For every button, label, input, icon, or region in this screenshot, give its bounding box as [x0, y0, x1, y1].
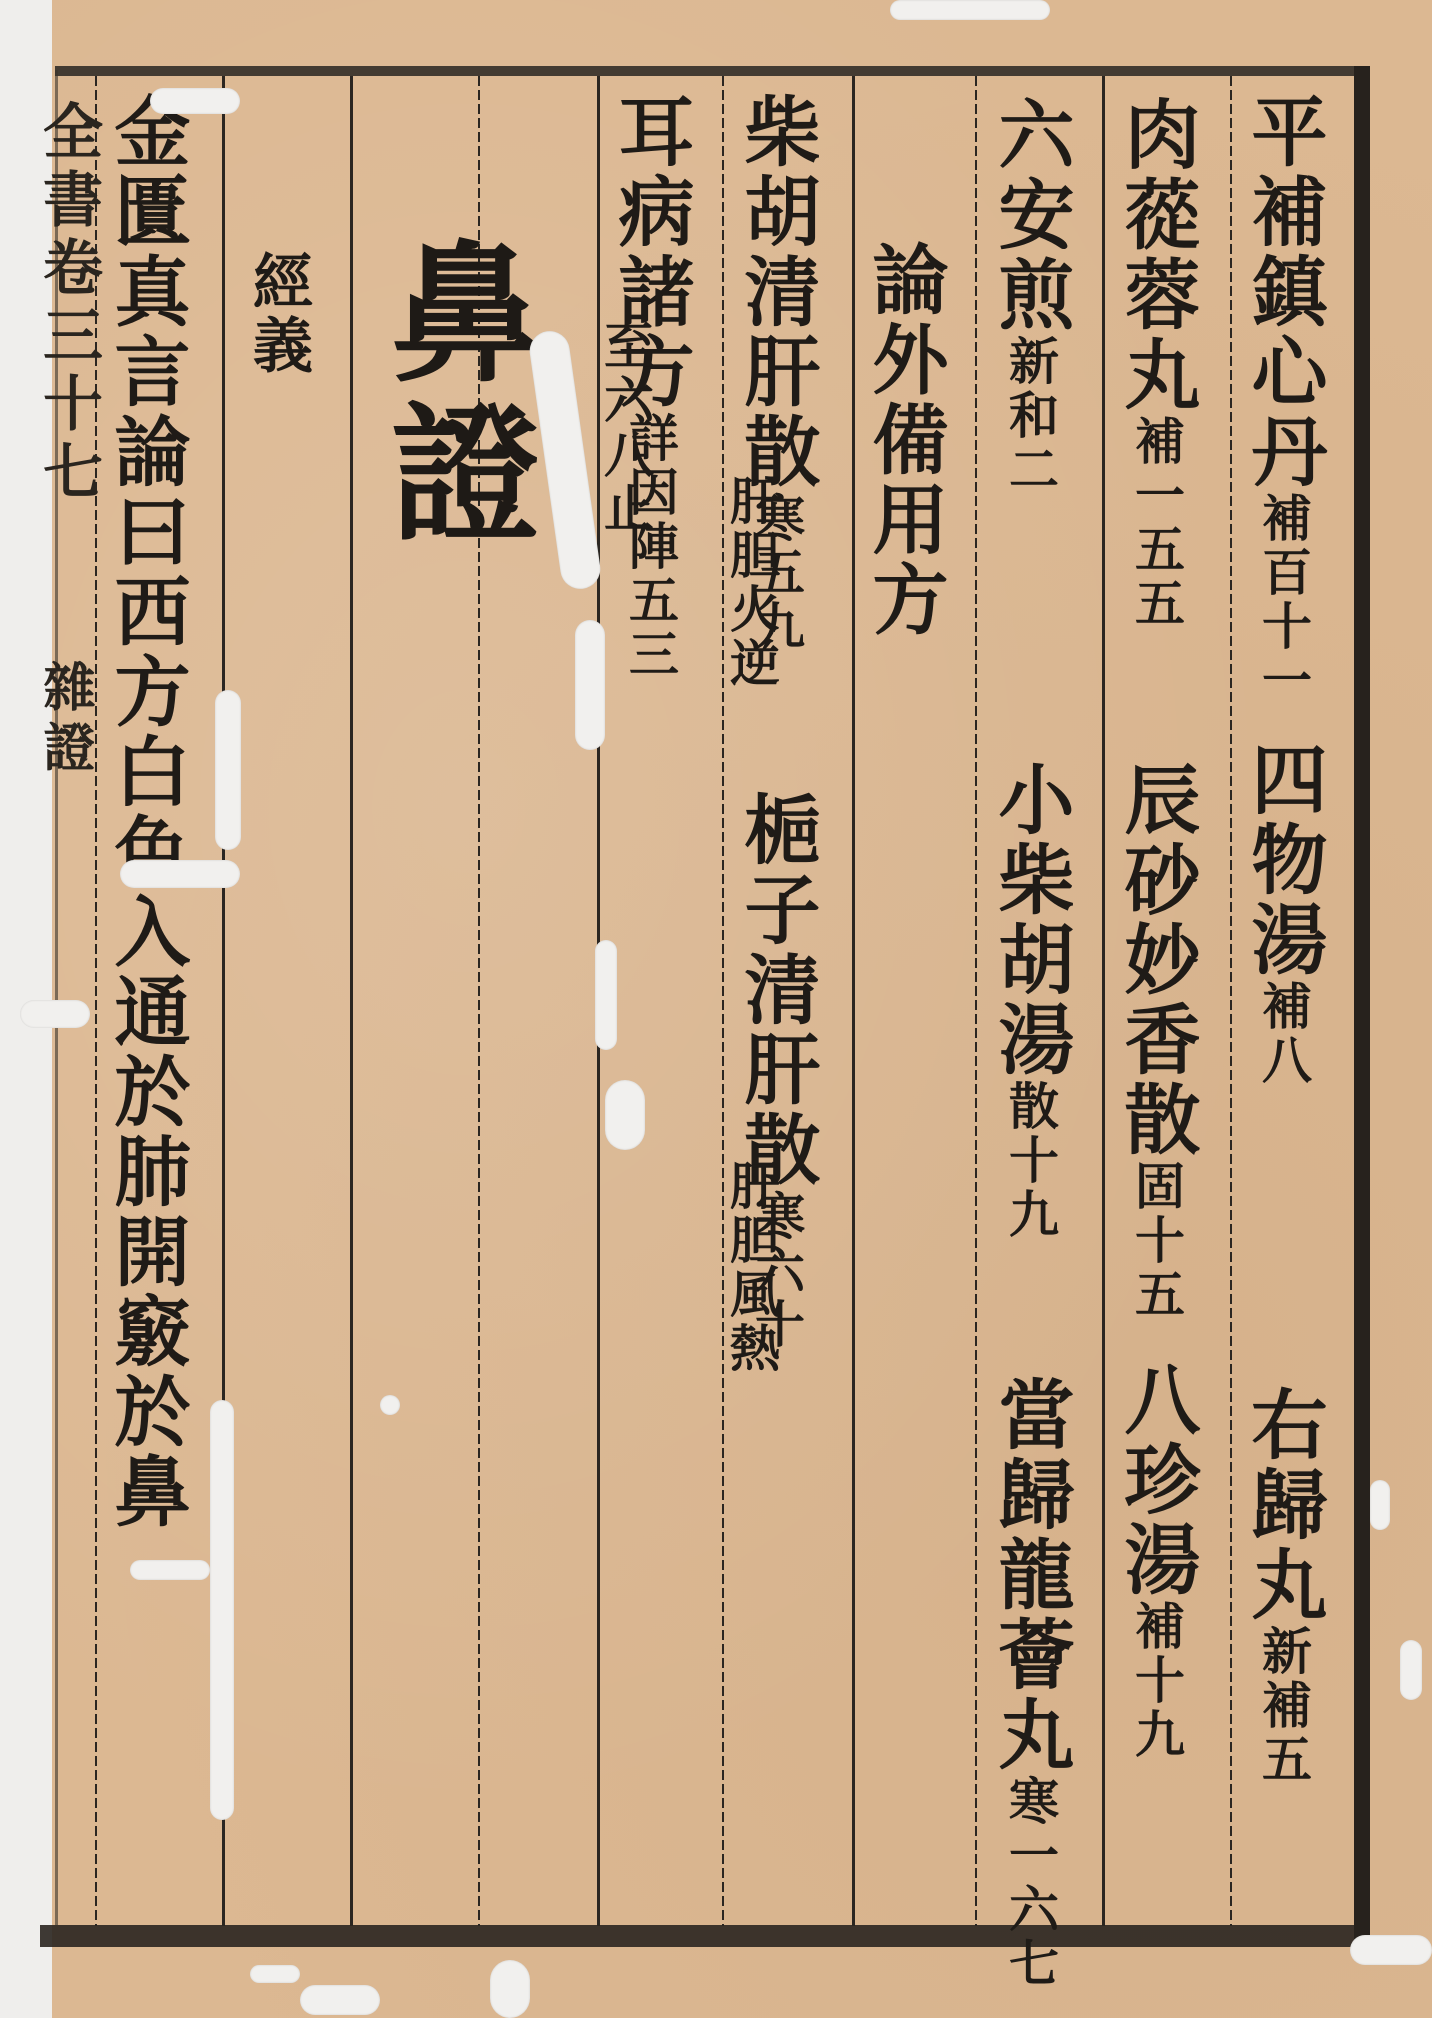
classic-quotation: 金匱真言論曰西方白色入通於肺開竅於鼻 — [108, 92, 184, 1532]
section-heading: 論外備用方 — [866, 240, 942, 640]
column-2: 肉蓯蓉丸補一五五 — [1118, 95, 1194, 631]
paper-damage — [890, 0, 1050, 20]
formula-name: 四物湯 — [1245, 740, 1321, 980]
chapter-title: 鼻證 — [378, 235, 528, 555]
formula-name: 小柴胡湯 — [992, 760, 1068, 1080]
formula-prefix: 肉 — [1118, 95, 1194, 175]
formula-ref: 補八 — [1258, 980, 1308, 1088]
paper-damage — [605, 1080, 645, 1150]
column-rule — [852, 76, 855, 1926]
formula-range-note: 至六八止 — [600, 320, 650, 536]
column-2b: 辰砂妙香散固十五 — [1118, 760, 1194, 1322]
column-3c: 當歸龍薈丸寒一六七 — [992, 1375, 1068, 1991]
column-1b: 四物湯補八 — [1245, 740, 1321, 1088]
frame-top-border — [55, 66, 1367, 76]
section-subtitle: 經義 — [248, 250, 308, 378]
column-rule — [1102, 76, 1105, 1926]
formula-name: 六安煎 — [992, 95, 1068, 335]
column-1c: 右歸丸新補五 — [1245, 1385, 1321, 1787]
formula-name: 右歸丸 — [1245, 1385, 1321, 1625]
column-2c: 八珍湯補十九 — [1118, 1360, 1194, 1762]
paper-damage — [130, 1560, 210, 1580]
paper-damage — [595, 940, 617, 1050]
column-1: 平補鎮心丹補百十一 — [1245, 92, 1321, 708]
paper-damage — [150, 88, 240, 114]
paper-damage — [1400, 1640, 1422, 1700]
formula-ref: 固十五 — [1131, 1160, 1181, 1322]
paper-damage — [20, 1000, 90, 1028]
formula-name: 梔子清肝散 — [738, 790, 814, 1190]
paper-damage — [210, 1400, 234, 1820]
formula-name: 蓯蓉丸 — [1118, 175, 1194, 415]
column-rule — [350, 76, 353, 1926]
formula-ref: 補一五五 — [1131, 415, 1181, 631]
paper-damage — [575, 620, 605, 750]
paper-damage — [120, 860, 240, 888]
formula-ref: 新和二 — [1005, 335, 1055, 497]
paper-damage — [380, 1395, 400, 1415]
paper-damage — [215, 690, 241, 850]
formula-name: 辰砂妙香散 — [1118, 760, 1194, 1160]
formula-name: 平補鎮心丹 — [1245, 92, 1321, 492]
margin-volume-label: 全書卷三十七 — [38, 100, 98, 508]
formula-name: 八珍湯 — [1118, 1360, 1194, 1600]
paper-damage — [1370, 1480, 1390, 1530]
column-3: 六安煎新和二 — [992, 95, 1068, 497]
frame-right-border — [1354, 66, 1370, 1946]
formula-name: 柴胡清肝散 — [738, 92, 814, 492]
frame-bottom-border — [40, 1925, 1370, 1947]
paper-damage — [1350, 1935, 1432, 1965]
formula-indication: 肝胆風熱 — [726, 1160, 776, 1376]
column-rule — [975, 76, 977, 1926]
paper-damage — [250, 1965, 300, 1983]
paper-damage — [300, 1985, 380, 2015]
formula-ref: 新補五 — [1258, 1625, 1308, 1787]
column-rule — [722, 76, 724, 1926]
paper-damage — [490, 1960, 530, 2018]
formula-indication: 肝胆火逆 — [726, 475, 776, 691]
formula-ref: 補十九 — [1131, 1600, 1181, 1762]
formula-ref: 寒一六七 — [1005, 1775, 1055, 1991]
formula-ref: 補百十一 — [1258, 492, 1308, 708]
formula-ref: 散十九 — [1005, 1080, 1055, 1242]
column-rule — [1230, 76, 1232, 1926]
margin-section-label: 雜證 — [38, 660, 90, 780]
formula-name: 當歸龍薈丸 — [992, 1375, 1068, 1775]
column-3b: 小柴胡湯散十九 — [992, 760, 1068, 1242]
